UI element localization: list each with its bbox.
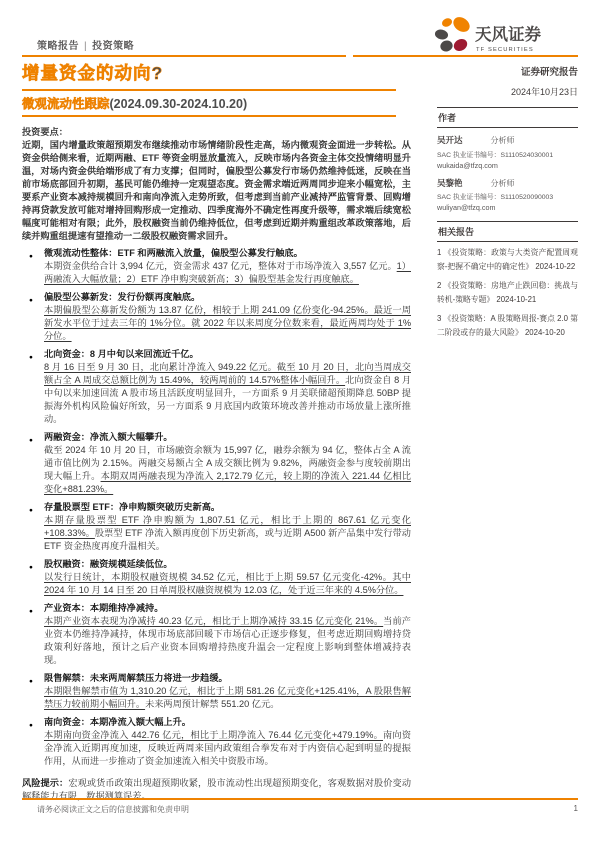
- bullet-heading: 存量股票型 ETF：净申购额突破历史新高。: [44, 501, 411, 514]
- bullet-item-northbound: ● 北向资金：8 月中旬以来回流近千亿。 8 月 16 日至 9 月 30 日，…: [22, 348, 411, 426]
- bullet-heading: 北向资金：8 月中旬以来回流近千亿。: [44, 348, 411, 361]
- bullet-heading: 南向资金：本期净流入额大幅上升。: [44, 716, 411, 729]
- bullet-item-equity-financing: ● 股权融资：融资规模延续低位。 以发行日统计，本期股权融资规模 34.52 亿…: [22, 558, 411, 597]
- bullet-body: 本期资金供给合计 3,994 亿元，资金需求 437 亿元，整体对于市场净流入 …: [44, 260, 411, 286]
- brand-name-cn: 天风证券: [475, 24, 542, 44]
- brand-name-en: TF SECURITIES: [476, 47, 534, 53]
- bullet-heading: 偏股型公募新发：发行份额再度触底。: [44, 291, 411, 304]
- bullet-heading: 限售解禁：未来两周解禁压力将进一步趋缓。: [44, 672, 411, 685]
- header-rule-right: [353, 55, 578, 57]
- page-subtitle: 微观流动性跟踪(2024.09.30-2024.10.20): [22, 94, 247, 112]
- related-report-item: 3 《投资策略：A 股策略周报-赛点 2.0 第二阶段或存的最大风险》 2024…: [437, 312, 578, 339]
- bullet-item-fund-issuance: ● 偏股型公募新发：发行份额再度触底。 本期偏股型公募新发份额为 13.87 亿…: [22, 291, 411, 343]
- author-name-row: 吴开达分析师: [437, 134, 578, 146]
- author-cert: SAC 执业证书编号：S1110524030001: [437, 149, 578, 159]
- bullet-item-industrial-capital: ● 产业资本：本期维持净减持。 本期产业资本表现为净减持 40.23 亿元，相比…: [22, 602, 411, 667]
- author-name: 吴开达: [437, 135, 463, 145]
- bullet-body: 8 月 16 日至 9 月 30 日，北向累计净流入 949.22 亿元。截至 …: [44, 361, 411, 426]
- summary-bullet-list: ● 微观流动性整体：ETF 和两融流入放量，偏股型公募发行触底。 本期资金供给合…: [22, 247, 411, 768]
- related-report-date: 2024-10-22: [535, 262, 575, 271]
- report-page: 策略报告|投资策略 天风证券 TF SECURITIES 增量资金的动向? 微观…: [0, 0, 596, 842]
- bullet-dot-icon: ●: [29, 434, 33, 447]
- bullet-heading: 两融资金：净流入额大幅攀升。: [44, 431, 411, 444]
- authors-section-header: 作者: [437, 107, 578, 128]
- bullet-dot-icon: ●: [29, 351, 33, 364]
- bullet-body: 本期偏股型公募新发份额为 13.87 亿份，相较于上期 241.09 亿份变化-…: [44, 304, 411, 343]
- bullet-dot-icon: ●: [29, 719, 33, 732]
- author-cert: SAC 执业证书编号：S1110520090003: [437, 191, 578, 201]
- related-report-index: 3: [437, 314, 441, 323]
- author-role: 分析师: [491, 179, 515, 188]
- footer-rule: [22, 798, 578, 800]
- header-rule-left: [22, 55, 346, 57]
- subtitle-rule: [22, 115, 396, 117]
- author-name: 吴黎艳: [437, 178, 463, 188]
- bullet-item-lockup-expiry: ● 限售解禁：未来两周解禁压力将进一步趋缓。 本期限售解禁市值为 1,310.2…: [22, 672, 411, 711]
- bullet-dot-icon: ●: [29, 250, 33, 263]
- related-report-date: 2024-10-20: [525, 328, 565, 337]
- related-report-date: 2024-10-21: [496, 295, 536, 304]
- summary-label: 投资要点：: [22, 126, 411, 139]
- title-rule: [22, 89, 396, 91]
- footer-disclaimer: 请务必阅读正文之后的信息披露和免责申明: [37, 804, 189, 815]
- report-type: 证券研究报告: [437, 64, 578, 78]
- bullet-heading: 产业资本：本期维持净减持。: [44, 602, 411, 615]
- related-report-item: 1 《投资策略：政策与大类资产配置周观察-把握不确定中的确定性》 2024-10…: [437, 246, 578, 273]
- author-entry: 吴黎艳分析师 SAC 执业证书编号：S1110520090003 wuliyan…: [437, 177, 578, 213]
- summary-intro: 近期，国内增量政策超预期发布继续推动市场情绪阶段性走高，场内微观资金面进一步转松…: [22, 139, 411, 243]
- author-name-row: 吴黎艳分析师: [437, 177, 578, 189]
- bullet-body: 本期限售解禁市值为 1,310.20 亿元，相比于上期 581.26 亿元变化+…: [44, 685, 411, 711]
- risk-label: 风险提示：: [22, 778, 68, 788]
- subtitle-period: (2024.09.30-2024.10.20): [110, 97, 248, 111]
- bullet-text: 未来两周预计解禁 551.20 亿元。: [145, 699, 279, 709]
- sidebar: 证券研究报告 2024年10月23日 作者 吴开达分析师 SAC 执业证书编号：…: [437, 64, 578, 345]
- bullet-dot-icon: ●: [29, 675, 33, 688]
- related-report-index: 1: [437, 248, 441, 257]
- bullet-text: 本期资金供给合计 3,994 亿元，资金需求 437 亿元，整体对于市场净流入 …: [44, 261, 397, 271]
- bullet-dot-icon: ●: [29, 294, 33, 307]
- bullet-heading: 股权融资：融资规模延续低位。: [44, 558, 411, 571]
- report-date: 2024年10月23日: [437, 85, 578, 98]
- logo-flower-icon: 天风证券 TF SECURITIES: [434, 15, 578, 57]
- author-entry: 吴开达分析师 SAC 执业证书编号：S1110524030001 wukaida…: [437, 134, 578, 170]
- page-title: 增量资金的动向?: [22, 60, 163, 85]
- author-email: wuliyan@tfzq.com: [437, 203, 578, 212]
- bullet-text-underlined: 本期南向资金净流入 442.76 亿元，相比于上期净流入 76.44 亿元变化+…: [44, 730, 383, 740]
- bullet-text-underlined: 本期产业资本表现为净减持 40.23 亿元，相比于上期净减持 33.15 亿元变…: [44, 616, 383, 626]
- bullet-heading: 微观流动性整体：ETF 和两融流入放量，偏股型公募发行触底。: [44, 247, 411, 260]
- bullet-body: 本期产业资本表现为净减持 40.23 亿元，相比于上期净减持 33.15 亿元变…: [44, 615, 411, 667]
- footer-page-number: 1: [574, 804, 578, 813]
- bullet-dot-icon: ●: [29, 561, 33, 574]
- bullet-body: 本期存量股票型 ETF 净申购额为 1,807.51 亿元，相比于上期的 867…: [44, 514, 411, 553]
- bullet-dot-icon: ●: [29, 504, 33, 517]
- bullet-body: 截至 2024 年 10 月 20 日，市场融资余额为 15,997 亿，融券余…: [44, 444, 411, 496]
- bullet-item-liquidity-overall: ● 微观流动性整体：ETF 和两融流入放量，偏股型公募发行触底。 本期资金供给合…: [22, 247, 411, 286]
- bullet-body: 以发行日统计，本期股权融资规模 34.52 亿元，相比于上期 59.57 亿元变…: [44, 571, 411, 597]
- bullet-dot-icon: ●: [29, 605, 33, 618]
- bullet-item-margin-trading: ● 两融资金：净流入额大幅攀升。 截至 2024 年 10 月 20 日，市场融…: [22, 431, 411, 496]
- category-left: 策略报告: [37, 41, 79, 52]
- bullet-body: 本期南向资金净流入 442.76 亿元，相比于上期净流入 76.44 亿元变化+…: [44, 729, 411, 768]
- related-report-item: 2 《投资策略：房地产止跌回稳：挑战与转机-策略专题》 2024-10-21: [437, 279, 578, 306]
- report-category: 策略报告|投资策略: [37, 37, 134, 52]
- category-separator: |: [84, 41, 87, 52]
- subtitle-main: 微观流动性跟踪: [22, 97, 110, 111]
- main-column: 投资要点： 近期，国内增量政策超预期发布继续推动市场情绪阶段性走高，场内微观资金…: [22, 126, 411, 803]
- author-role: 分析师: [491, 136, 515, 145]
- category-right: 投资策略: [92, 41, 134, 52]
- bullet-item-southbound: ● 南向资金：本期净流入额大幅上升。 本期南向资金净流入 442.76 亿元，相…: [22, 716, 411, 768]
- bullet-text: 股票型 ETF 净流入额再度创下历史新高，或与近期 A500 新产品集中发行带动…: [44, 528, 411, 551]
- author-email: wukaida@tfzq.com: [437, 161, 578, 170]
- bullet-item-etf: ● 存量股票型 ETF：净申购额突破历史新高。 本期存量股票型 ETF 净申购额…: [22, 501, 411, 553]
- bullet-text-underlined: 本期偏股型公募新发份额为 13.87 亿份，相较于上期 241.09 亿份变化-…: [44, 305, 411, 341]
- related-report-index: 2: [437, 281, 441, 290]
- related-reports-header: 相关报告: [437, 221, 578, 242]
- bullet-text-underlined: 以发行日统计，本期股权融资规模 34.52 亿元，相比于上期 59.57 亿元变…: [44, 572, 411, 595]
